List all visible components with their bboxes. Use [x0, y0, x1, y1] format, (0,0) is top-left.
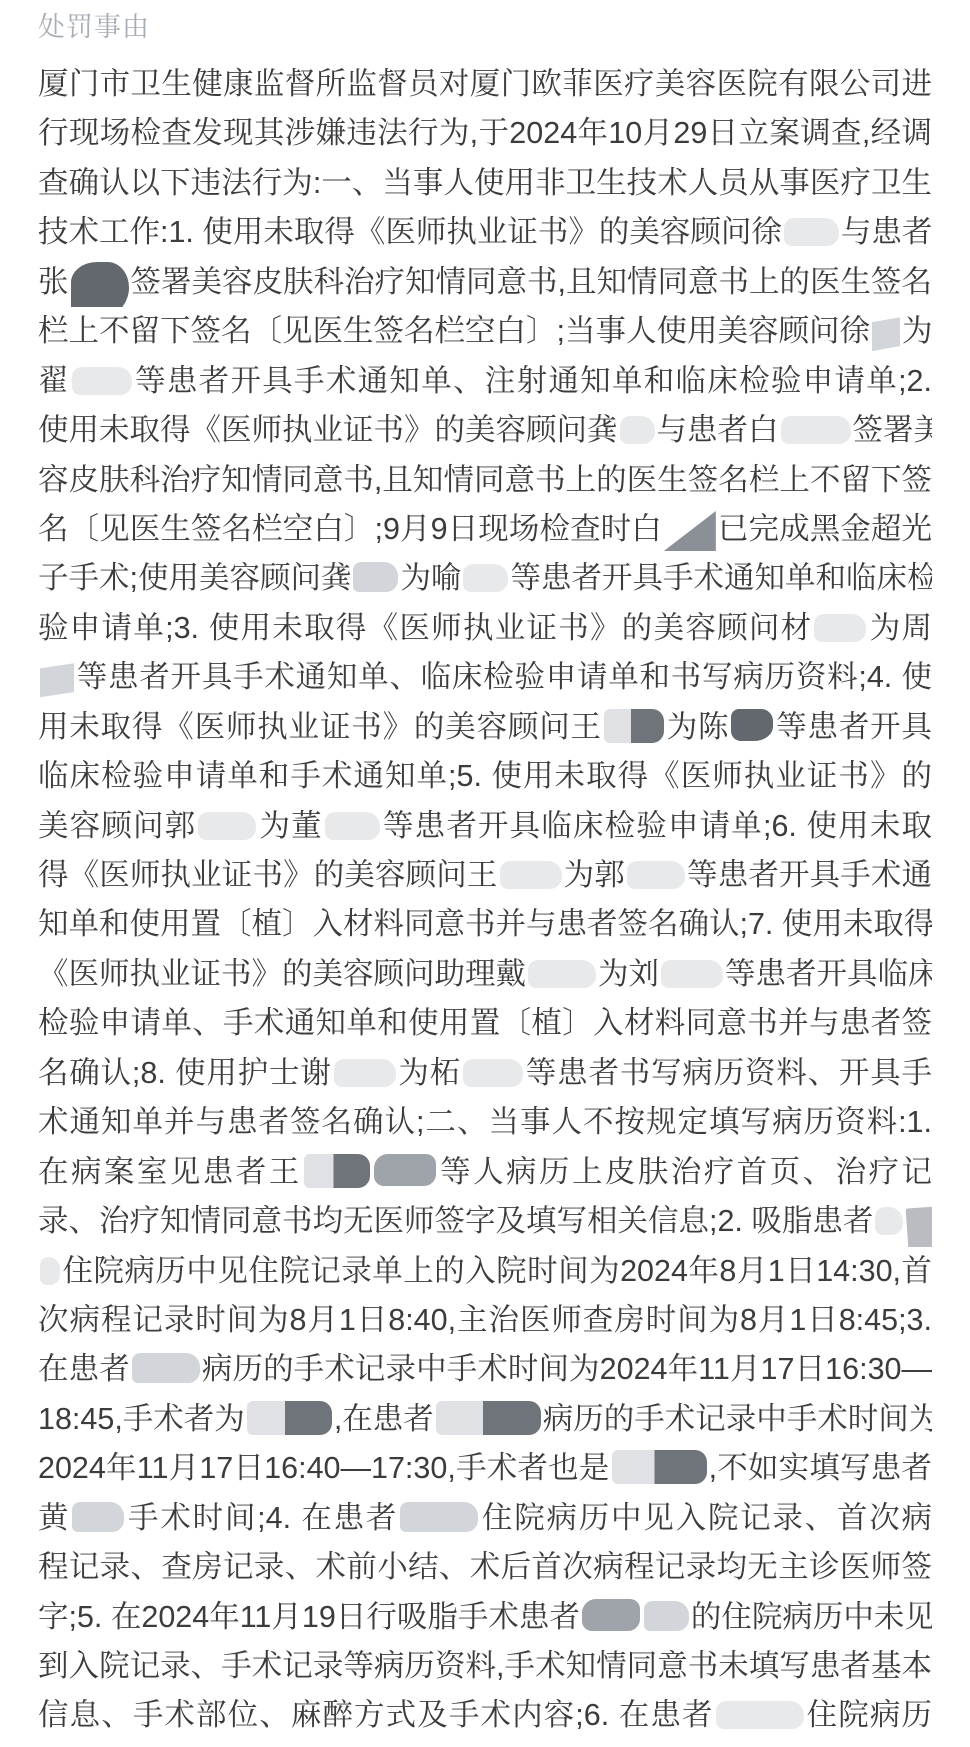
text-segment: 的住院病历中未见 — [691, 1600, 932, 1634]
text-line: 栏上不留下签名〔见医生签名栏空白〕;当事人使用美容顾问徐为 — [38, 307, 932, 356]
text-segment: 黄 — [38, 1501, 70, 1535]
redaction-mark — [906, 1206, 932, 1247]
text-segment: 病历的手术记录中手术时间为 — [543, 1402, 932, 1436]
text-line: 18:45,手术者为,在患者病历的手术记录中手术时间为 — [38, 1395, 932, 1444]
text-segment: 术通知单并与患者签名确认;二、当事人不按规定填写病历资料:1. — [38, 1105, 932, 1139]
text-line: 得《医师执业证书》的美容顾问王为郭等患者开具手术通 — [38, 851, 932, 900]
redaction-mark — [353, 562, 398, 592]
text-segment: 技术工作:1. 使用未取得《医师执业证书》的美容顾问徐 — [38, 215, 782, 249]
text-segment: 手术时间;4. 在患者 — [126, 1501, 398, 1535]
text-segment: 得《医师执业证书》的美容顾问王 — [38, 858, 498, 892]
text-segment: 等患者开具手术通知单、临床检验申请单和书写病历资料;4. 使 — [76, 660, 932, 694]
text-line: 翟等患者开具手术通知单、注射通知单和临床检验申请单;2. — [38, 357, 932, 406]
text-segment: 18:45,手术者为 — [38, 1402, 245, 1436]
redaction-mark — [872, 317, 900, 351]
redaction-mark — [644, 1601, 689, 1631]
text-segment: 等患者开具临床 — [725, 957, 932, 991]
redaction-mark — [247, 1401, 332, 1435]
redaction-mark — [374, 1154, 436, 1186]
redaction-mark — [400, 1502, 478, 1532]
redaction-mark — [132, 1353, 200, 1383]
text-segment: 使用未取得《医师执业证书》的美容顾问龚 — [38, 413, 618, 447]
redaction-mark — [528, 960, 596, 988]
redaction-mark — [604, 709, 664, 743]
text-segment: 为 — [902, 314, 932, 348]
text-line: 名〔见医生签名栏空白〕;9月9日现场检查时白已完成黑金超光 — [38, 505, 932, 554]
text-line: 检验申请单、手术通知单和使用置〔植〕入材料同意书并与患者签 — [38, 999, 932, 1048]
text-line: 容皮肤科治疗知情同意书,且知情同意书上的医生签名栏上不留下签 — [38, 456, 932, 505]
text-segment: 容皮肤科治疗知情同意书,且知情同意书上的医生签名栏上不留下签 — [38, 463, 932, 497]
text-segment: 次病程记录时间为8月1日8:40,主治医师查房时间为8月1日8:45;3. — [38, 1303, 932, 1337]
text-line: 《医师执业证书》的美容顾问助理戴为刘等患者开具临床 — [38, 950, 932, 999]
text-line: 查确认以下违法行为:一、当事人使用非卫生技术人员从事医疗卫生 — [38, 159, 932, 208]
text-line: 验申请单;3. 使用未取得《医师执业证书》的美容顾问材为周 — [38, 604, 932, 653]
redaction-mark — [620, 416, 655, 444]
redaction-mark — [463, 1059, 523, 1087]
text-line: 程记录、查房记录、术前小结、术后首次病程记录均无主诊医师签 — [38, 1543, 932, 1592]
text-segment: 查确认以下违法行为:一、当事人使用非卫生技术人员从事医疗卫生 — [38, 166, 932, 200]
text-segment: 等患者开具手术通知单、注射通知单和临床检验申请单;2. — [134, 364, 932, 398]
text-line: 黄手术时间;4. 在患者住院病历中见入院记录、首次病 — [38, 1494, 932, 1543]
text-line: 住院病历中见住院记录单上的入院时间为2024年8月1日14:30,首 — [38, 1247, 932, 1296]
text-segment: 到入院记录、手术记录等病历资料,手术知情同意书未填写患者基本 — [38, 1649, 932, 1683]
redaction-mark — [781, 416, 851, 444]
text-line: 录、治疗知情同意书均无医师签字及填写相关信息;2. 吸脂患者 — [38, 1197, 932, 1246]
text-line: 使用未取得《医师执业证书》的美容顾问龚与患者白签署美 — [38, 406, 932, 455]
text-segment: 字;5. 在2024年11月19日行吸脂手术患者 — [38, 1600, 580, 1634]
text-segment: 翟 — [38, 364, 70, 398]
text-segment: 为周 — [868, 611, 932, 645]
text-line: 技术工作:1. 使用未取得《医师执业证书》的美容顾问徐与患者 — [38, 208, 932, 257]
redaction-mark — [875, 1207, 903, 1235]
text-line: 知单和使用置〔植〕入材料同意书并与患者签名确认;7. 使用未取得 — [38, 900, 932, 949]
text-segment: 与患者白 — [657, 413, 779, 447]
text-segment: 等患者开具 — [775, 710, 932, 744]
text-line: 美容顾问郭为董等患者开具临床检验申请单;6. 使用未取 — [38, 802, 932, 851]
text-segment: 行现场检查发现其涉嫌违法行为,于2024年10月29日立案调查,经调 — [38, 116, 932, 150]
redaction-mark — [784, 218, 839, 246]
text-segment: 病历的手术记录中手术时间为2024年11月17日16:30— — [202, 1352, 932, 1386]
redaction-mark — [334, 1059, 396, 1087]
redaction-mark — [731, 709, 773, 741]
text-line: 名确认;8. 使用护士谢为柘等患者书写病历资料、开具手 — [38, 1049, 932, 1098]
redaction-mark — [198, 812, 256, 840]
text-segment: 住院病历 — [806, 1698, 932, 1732]
text-line: 厦门市卫生健康监督所监督员对厦门欧菲医疗美容医院有限公司进 — [38, 60, 932, 109]
text-segment: 等患者开具手术通知单和临床检 — [510, 561, 932, 595]
redaction-mark — [71, 262, 129, 307]
redaction-mark — [304, 1154, 370, 1188]
redaction-mark — [463, 564, 508, 592]
text-segment: ,在患者 — [334, 1402, 434, 1436]
redaction-mark — [582, 1599, 640, 1631]
text-segment: 用未取得《医师执业证书》的美容顾问王 — [38, 710, 602, 744]
text-segment: 为柘 — [398, 1056, 461, 1090]
text-segment: 2024年11月17日16:40—17:30,手术者也是 — [38, 1451, 610, 1485]
text-line: 2024年11月17日16:40—17:30,手术者也是,不如实填写患者 — [38, 1444, 932, 1493]
text-line: 在患者病历的手术记录中手术时间为2024年11月17日16:30— — [38, 1345, 932, 1394]
text-segment: 临床检验申请单和手术通知单;5. 使用未取得《医师执业证书》的 — [38, 759, 932, 793]
text-segment: 等人病历上皮肤治疗首页、治疗记 — [438, 1155, 932, 1189]
text-line: 等患者开具手术通知单、临床检验申请单和书写病历资料;4. 使 — [38, 653, 932, 702]
text-segment: 知单和使用置〔植〕入材料同意书并与患者签名确认;7. 使用未取得 — [38, 907, 932, 941]
text-segment: 为陈 — [666, 710, 729, 744]
text-segment: 名〔见医生签名栏空白〕;9月9日现场检查时白 — [38, 512, 662, 546]
text-line: 行现场检查发现其涉嫌违法行为,于2024年10月29日立案调查,经调 — [38, 109, 932, 158]
text-segment: 等患者书写病历资料、开具手 — [525, 1056, 932, 1090]
text-segment: 在病案室见患者王 — [38, 1155, 302, 1189]
text-segment: 为喻 — [400, 561, 461, 595]
redaction-mark — [72, 367, 132, 395]
redaction-mark — [325, 812, 380, 840]
text-segment: 在患者 — [38, 1352, 130, 1386]
redaction-mark — [72, 1502, 124, 1532]
text-segment: 栏上不留下签名〔见医生签名栏空白〕;当事人使用美容顾问徐 — [38, 314, 870, 348]
text-segment: 名确认;8. 使用护士谢 — [38, 1056, 332, 1090]
penalty-document: 处罚事由 厦门市卫生健康监督所监督员对厦门欧菲医疗美容医院有限公司进行现场检查发… — [0, 0, 970, 1741]
text-segment: 为董 — [258, 809, 323, 843]
text-segment: 《医师执业证书》的美容顾问助理戴 — [38, 957, 526, 991]
text-line: 字;5. 在2024年11月19日行吸脂手术患者的住院病历中未见 — [38, 1593, 932, 1642]
text-line: 在病案室见患者王等人病历上皮肤治疗首页、治疗记 — [38, 1148, 932, 1197]
redaction-mark — [627, 861, 685, 889]
redaction-mark — [612, 1450, 707, 1484]
text-line: 子手术;使用美容顾问龚为喻等患者开具手术通知单和临床检 — [38, 554, 932, 603]
text-segment: 为刘 — [598, 957, 659, 991]
redaction-mark — [716, 1701, 804, 1729]
text-segment: 验申请单;3. 使用未取得《医师执业证书》的美容顾问材 — [38, 611, 812, 645]
redaction-mark — [500, 861, 562, 889]
text-segment: 签署美容皮肤科治疗知情同意书,且知情同意书上的医生签名 — [131, 265, 932, 299]
text-segment: 等患者开具临床检验申请单;6. 使用未取 — [382, 809, 932, 843]
text-line: 术通知单并与患者签名确认;二、当事人不按规定填写病历资料:1. — [38, 1098, 932, 1147]
text-line: 临床检验申请单和手术通知单;5. 使用未取得《医师执业证书》的 — [38, 752, 932, 801]
text-segment: ,不如实填写患者 — [709, 1451, 932, 1485]
redaction-mark — [814, 614, 866, 642]
redaction-mark — [661, 960, 723, 988]
text-segment: 为郭 — [564, 858, 625, 892]
text-line: 到入院记录、手术记录等病历资料,手术知情同意书未填写患者基本 — [38, 1642, 932, 1691]
text-line: 张签署美容皮肤科治疗知情同意书,且知情同意书上的医生签名 — [38, 258, 932, 307]
text-segment: 签署美 — [853, 413, 933, 447]
text-segment: 住院病历中见入院记录、首次病 — [480, 1501, 932, 1535]
text-segment: 张 — [38, 265, 69, 299]
text-segment: 与患者 — [841, 215, 932, 249]
redaction-mark — [664, 511, 716, 551]
text-segment: 已完成黑金超光 — [718, 512, 932, 546]
text-segment: 住院病历中见住院记录单上的入院时间为2024年8月1日14:30,首 — [62, 1254, 932, 1288]
text-segment: 录、治疗知情同意书均无医师签字及填写相关信息;2. 吸脂患者 — [38, 1204, 873, 1238]
redaction-mark — [40, 663, 74, 697]
document-body: 厦门市卫生健康监督所监督员对厦门欧菲医疗美容医院有限公司进行现场检查发现其涉嫌违… — [38, 60, 932, 1741]
text-segment: 检验申请单、手术通知单和使用置〔植〕入材料同意书并与患者签 — [38, 1006, 932, 1040]
redaction-mark — [40, 1257, 60, 1285]
text-segment: 厦门市卫生健康监督所监督员对厦门欧菲医疗美容医院有限公司进 — [38, 67, 932, 101]
text-line: 用未取得《医师执业证书》的美容顾问王为陈等患者开具 — [38, 703, 932, 752]
text-segment: 子手术;使用美容顾问龚 — [38, 561, 351, 595]
page-title: 处罚事由 — [38, 10, 932, 44]
text-segment: 等患者开具手术通 — [687, 858, 932, 892]
text-segment: 程记录、查房记录、术前小结、术后首次病程记录均无主诊医师签 — [38, 1550, 932, 1584]
text-line: 信息、手术部位、麻醉方式及手术内容;6. 在患者住院病历 — [38, 1691, 932, 1740]
redaction-mark — [436, 1401, 541, 1435]
text-segment: 美容顾问郭 — [38, 809, 196, 843]
text-line: 次病程记录时间为8月1日8:40,主治医师查房时间为8月1日8:45;3. — [38, 1296, 932, 1345]
text-segment: 信息、手术部位、麻醉方式及手术内容;6. 在患者 — [38, 1698, 714, 1732]
